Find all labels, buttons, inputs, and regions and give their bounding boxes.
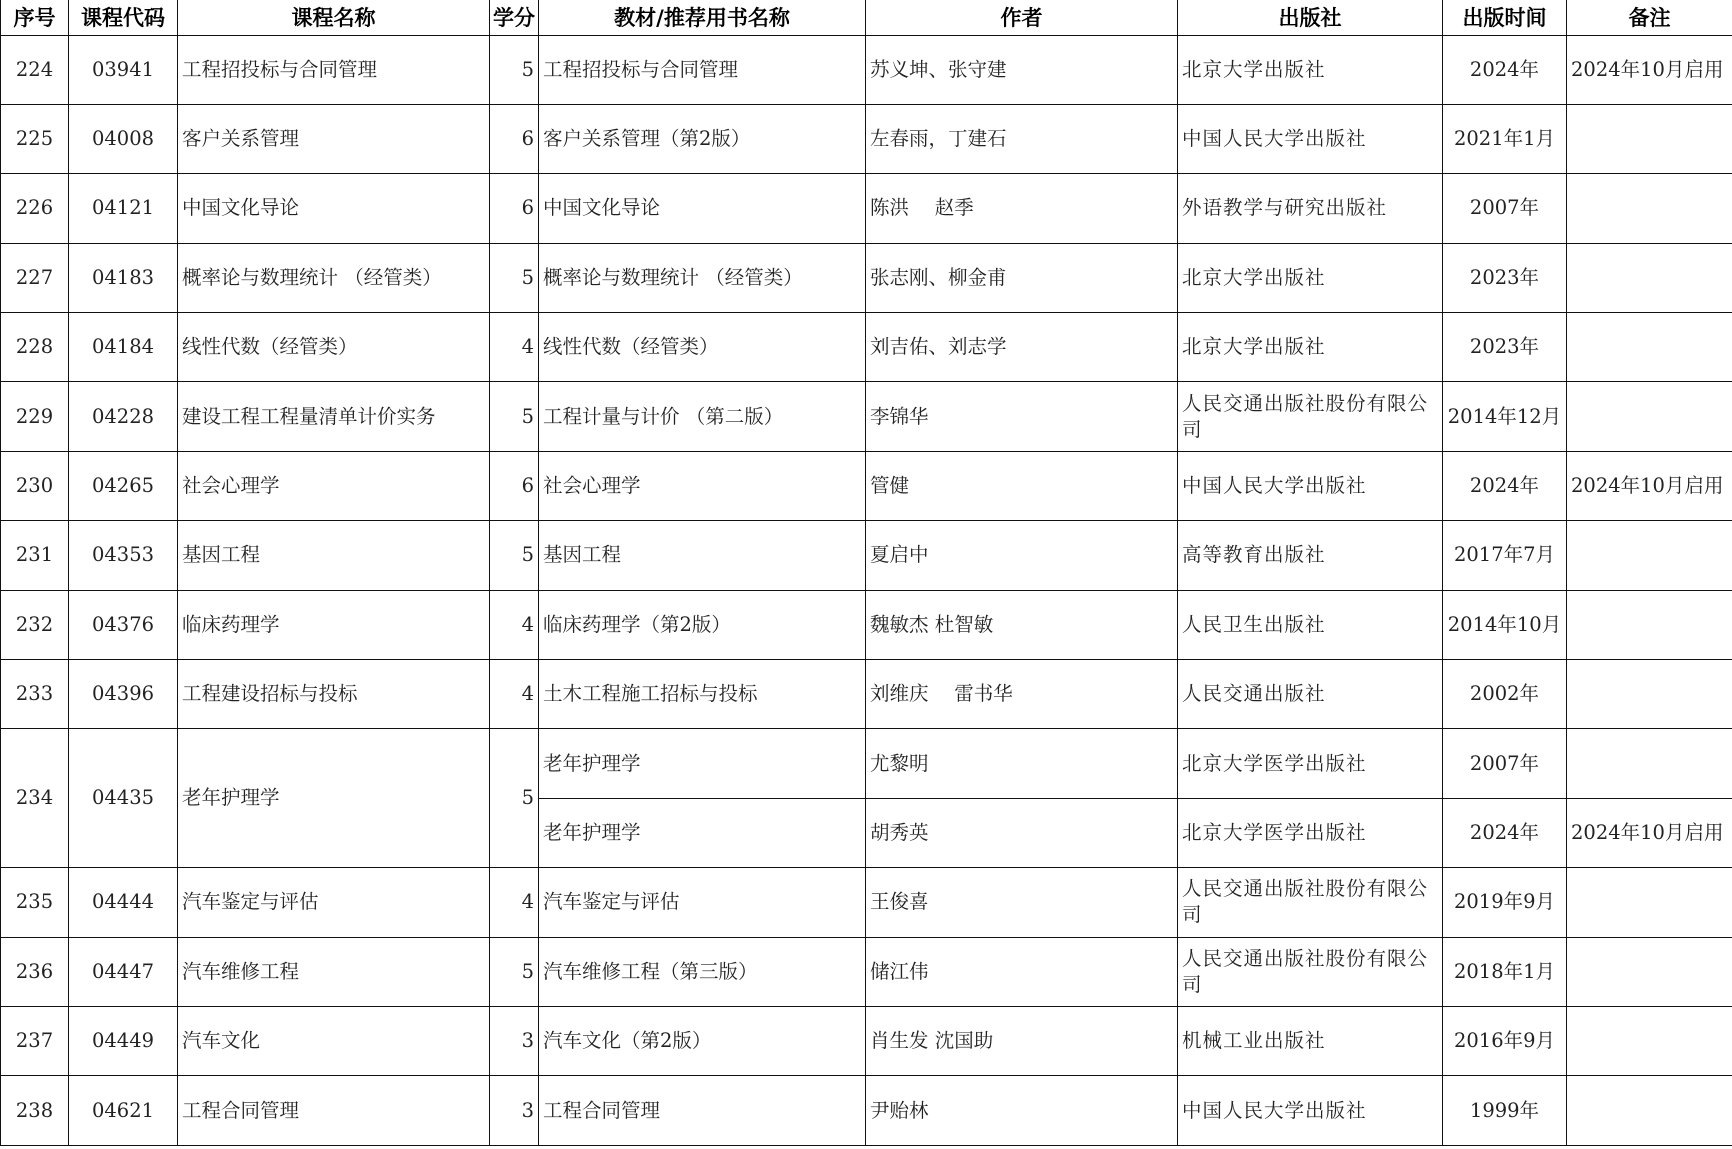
cell-textbook: 老年护理学	[539, 798, 866, 867]
cell-pub-date: 2014年10月	[1443, 590, 1567, 659]
cell-index: 235	[1, 868, 69, 937]
cell-course-name: 临床药理学	[178, 590, 490, 659]
cell-course-name: 汽车维修工程	[178, 937, 490, 1006]
cell-textbook: 概率论与数理统计 （经管类）	[539, 243, 866, 312]
cell-pub-date: 2016年9月	[1443, 1006, 1567, 1075]
table-row: 232 04376 临床药理学 4 临床药理学（第2版） 魏敏杰 杜智敏 人民卫…	[1, 590, 1732, 659]
cell-note	[1567, 104, 1732, 173]
cell-textbook: 工程合同管理	[539, 1076, 866, 1145]
header-author: 作者	[866, 0, 1178, 35]
cell-course-name: 概率论与数理统计 （经管类）	[178, 243, 490, 312]
cell-course-name: 社会心理学	[178, 451, 490, 520]
table-row: 225 04008 客户关系管理 6 客户关系管理（第2版） 左春雨，丁建石 中…	[1, 104, 1732, 173]
textbook-table: 序号 课程代码 课程名称 学分 教材/推荐用书名称 作者 出版社 出版时间 备注…	[0, 0, 1732, 1146]
header-credits: 学分	[490, 0, 539, 35]
cell-course-code: 04449	[69, 1006, 178, 1075]
cell-textbook: 社会心理学	[539, 451, 866, 520]
cell-pub-date: 2024年	[1443, 451, 1567, 520]
cell-textbook: 工程招投标与合同管理	[539, 35, 866, 104]
cell-publisher: 中国人民大学出版社	[1178, 451, 1443, 520]
cell-publisher: 北京大学医学出版社	[1178, 729, 1443, 798]
cell-index: 224	[1, 35, 69, 104]
cell-note	[1567, 313, 1732, 382]
header-publisher: 出版社	[1178, 0, 1443, 35]
cell-pub-date: 2023年	[1443, 243, 1567, 312]
cell-credits: 3	[490, 1076, 539, 1145]
cell-publisher: 机械工业出版社	[1178, 1006, 1443, 1075]
cell-credits: 6	[490, 451, 539, 520]
cell-course-code: 04353	[69, 521, 178, 590]
cell-note	[1567, 1006, 1732, 1075]
cell-note	[1567, 1076, 1732, 1145]
table-row: 226 04121 中国文化导论 6 中国文化导论 陈洪 赵季 外语教学与研究出…	[1, 174, 1732, 243]
cell-publisher: 北京大学出版社	[1178, 35, 1443, 104]
cell-publisher: 北京大学医学出版社	[1178, 798, 1443, 867]
cell-credits: 4	[490, 313, 539, 382]
cell-publisher: 高等教育出版社	[1178, 521, 1443, 590]
cell-index: 237	[1, 1006, 69, 1075]
table-row: 234 04435 老年护理学 5 老年护理学 尤黎明 北京大学医学出版社 20…	[1, 729, 1732, 798]
header-course-code: 课程代码	[69, 0, 178, 35]
cell-course-name: 汽车文化	[178, 1006, 490, 1075]
table-row: 230 04265 社会心理学 6 社会心理学 管健 中国人民大学出版社 202…	[1, 451, 1732, 520]
cell-note: 2024年10月启用	[1567, 451, 1732, 520]
cell-index: 234	[1, 729, 69, 868]
cell-publisher: 北京大学出版社	[1178, 243, 1443, 312]
cell-pub-date: 1999年	[1443, 1076, 1567, 1145]
cell-textbook: 客户关系管理（第2版）	[539, 104, 866, 173]
cell-author: 王俊喜	[866, 868, 1178, 937]
cell-note	[1567, 174, 1732, 243]
cell-note	[1567, 590, 1732, 659]
cell-publisher: 北京大学出版社	[1178, 313, 1443, 382]
cell-course-name: 老年护理学	[178, 729, 490, 868]
cell-pub-date: 2024年	[1443, 798, 1567, 867]
cell-pub-date: 2002年	[1443, 660, 1567, 729]
table-row: 235 04444 汽车鉴定与评估 4 汽车鉴定与评估 王俊喜 人民交通出版社股…	[1, 868, 1732, 937]
cell-course-name: 汽车鉴定与评估	[178, 868, 490, 937]
cell-textbook: 汽车鉴定与评估	[539, 868, 866, 937]
cell-course-code: 04376	[69, 590, 178, 659]
cell-index: 230	[1, 451, 69, 520]
cell-pub-date: 2019年9月	[1443, 868, 1567, 937]
cell-course-code: 04228	[69, 382, 178, 451]
header-course-name: 课程名称	[178, 0, 490, 35]
cell-author: 尤黎明	[866, 729, 1178, 798]
cell-credits: 5	[490, 243, 539, 312]
cell-course-code: 04396	[69, 660, 178, 729]
cell-author: 李锦华	[866, 382, 1178, 451]
cell-note	[1567, 243, 1732, 312]
cell-author: 管健	[866, 451, 1178, 520]
cell-credits: 5	[490, 35, 539, 104]
cell-textbook: 工程计量与计价 （第二版）	[539, 382, 866, 451]
cell-course-name: 建设工程工程量清单计价实务	[178, 382, 490, 451]
cell-pub-date: 2014年12月	[1443, 382, 1567, 451]
cell-note	[1567, 660, 1732, 729]
cell-credits: 5	[490, 521, 539, 590]
cell-course-code: 04447	[69, 937, 178, 1006]
header-note: 备注	[1567, 0, 1732, 35]
table-row: 231 04353 基因工程 5 基因工程 夏启中 高等教育出版社 2017年7…	[1, 521, 1732, 590]
cell-credits: 3	[490, 1006, 539, 1075]
table-row: 237 04449 汽车文化 3 汽车文化（第2版） 肖生发 沈国助 机械工业出…	[1, 1006, 1732, 1075]
cell-pub-date: 2023年	[1443, 313, 1567, 382]
cell-textbook: 临床药理学（第2版）	[539, 590, 866, 659]
cell-author: 张志刚、柳金甫	[866, 243, 1178, 312]
table-row: 228 04184 线性代数（经管类） 4 线性代数（经管类） 刘吉佑、刘志学 …	[1, 313, 1732, 382]
cell-course-code: 04121	[69, 174, 178, 243]
cell-publisher: 中国人民大学出版社	[1178, 1076, 1443, 1145]
cell-index: 225	[1, 104, 69, 173]
cell-note	[1567, 868, 1732, 937]
cell-credits: 5	[490, 729, 539, 868]
cell-index: 229	[1, 382, 69, 451]
header-pub-date: 出版时间	[1443, 0, 1567, 35]
cell-course-name: 工程招投标与合同管理	[178, 35, 490, 104]
cell-textbook: 汽车文化（第2版）	[539, 1006, 866, 1075]
cell-author: 储江伟	[866, 937, 1178, 1006]
table-row: 238 04621 工程合同管理 3 工程合同管理 尹贻林 中国人民大学出版社 …	[1, 1076, 1732, 1145]
cell-textbook: 基因工程	[539, 521, 866, 590]
cell-index: 228	[1, 313, 69, 382]
table-row: 227 04183 概率论与数理统计 （经管类） 5 概率论与数理统计 （经管类…	[1, 243, 1732, 312]
cell-course-name: 工程建设招标与投标	[178, 660, 490, 729]
cell-pub-date: 2007年	[1443, 174, 1567, 243]
cell-credits: 4	[490, 590, 539, 659]
cell-publisher: 中国人民大学出版社	[1178, 104, 1443, 173]
cell-course-code: 03941	[69, 35, 178, 104]
cell-pub-date: 2018年1月	[1443, 937, 1567, 1006]
cell-textbook: 土木工程施工招标与投标	[539, 660, 866, 729]
cell-index: 227	[1, 243, 69, 312]
cell-publisher: 人民交通出版社股份有限公司	[1178, 868, 1443, 937]
cell-index: 232	[1, 590, 69, 659]
cell-publisher: 人民交通出版社	[1178, 660, 1443, 729]
cell-course-name: 线性代数（经管类）	[178, 313, 490, 382]
cell-author: 尹贻林	[866, 1076, 1178, 1145]
cell-pub-date: 2007年	[1443, 729, 1567, 798]
cell-course-code: 04184	[69, 313, 178, 382]
cell-note: 2024年10月启用	[1567, 798, 1732, 867]
table-row: 229 04228 建设工程工程量清单计价实务 5 工程计量与计价 （第二版） …	[1, 382, 1732, 451]
cell-author: 魏敏杰 杜智敏	[866, 590, 1178, 659]
cell-publisher: 外语教学与研究出版社	[1178, 174, 1443, 243]
cell-textbook: 汽车维修工程（第三版）	[539, 937, 866, 1006]
header-textbook: 教材/推荐用书名称	[539, 0, 866, 35]
cell-pub-date: 2017年7月	[1443, 521, 1567, 590]
cell-course-code: 04183	[69, 243, 178, 312]
cell-course-name: 中国文化导论	[178, 174, 490, 243]
cell-index: 233	[1, 660, 69, 729]
cell-publisher: 人民交通出版社股份有限公司	[1178, 382, 1443, 451]
header-index: 序号	[1, 0, 69, 35]
cell-textbook: 线性代数（经管类）	[539, 313, 866, 382]
header-row: 序号 课程代码 课程名称 学分 教材/推荐用书名称 作者 出版社 出版时间 备注	[1, 0, 1732, 35]
cell-note	[1567, 382, 1732, 451]
table-row: 233 04396 工程建设招标与投标 4 土木工程施工招标与投标 刘维庆 雷书…	[1, 660, 1732, 729]
cell-author: 刘维庆 雷书华	[866, 660, 1178, 729]
cell-course-name: 基因工程	[178, 521, 490, 590]
cell-course-name: 客户关系管理	[178, 104, 490, 173]
cell-course-code: 04435	[69, 729, 178, 868]
cell-author: 夏启中	[866, 521, 1178, 590]
cell-course-name: 工程合同管理	[178, 1076, 490, 1145]
cell-author: 陈洪 赵季	[866, 174, 1178, 243]
cell-credits: 5	[490, 937, 539, 1006]
cell-note	[1567, 729, 1732, 798]
cell-pub-date: 2021年1月	[1443, 104, 1567, 173]
cell-credits: 4	[490, 868, 539, 937]
cell-textbook: 中国文化导论	[539, 174, 866, 243]
cell-author: 胡秀英	[866, 798, 1178, 867]
cell-index: 226	[1, 174, 69, 243]
cell-index: 238	[1, 1076, 69, 1145]
cell-index: 236	[1, 937, 69, 1006]
cell-pub-date: 2024年	[1443, 35, 1567, 104]
cell-note: 2024年10月启用	[1567, 35, 1732, 104]
cell-course-code: 04444	[69, 868, 178, 937]
cell-publisher: 人民交通出版社股份有限公司	[1178, 937, 1443, 1006]
cell-course-code: 04621	[69, 1076, 178, 1145]
cell-publisher: 人民卫生出版社	[1178, 590, 1443, 659]
cell-note	[1567, 937, 1732, 1006]
table-row: 236 04447 汽车维修工程 5 汽车维修工程（第三版） 储江伟 人民交通出…	[1, 937, 1732, 1006]
cell-credits: 5	[490, 382, 539, 451]
cell-textbook: 老年护理学	[539, 729, 866, 798]
cell-author: 左春雨，丁建石	[866, 104, 1178, 173]
cell-index: 231	[1, 521, 69, 590]
cell-credits: 6	[490, 174, 539, 243]
table-row: 224 03941 工程招投标与合同管理 5 工程招投标与合同管理 苏义坤、张守…	[1, 35, 1732, 104]
cell-credits: 4	[490, 660, 539, 729]
cell-note	[1567, 521, 1732, 590]
cell-author: 苏义坤、张守建	[866, 35, 1178, 104]
cell-author: 刘吉佑、刘志学	[866, 313, 1178, 382]
cell-course-code: 04008	[69, 104, 178, 173]
cell-course-code: 04265	[69, 451, 178, 520]
cell-author: 肖生发 沈国助	[866, 1006, 1178, 1075]
cell-credits: 6	[490, 104, 539, 173]
